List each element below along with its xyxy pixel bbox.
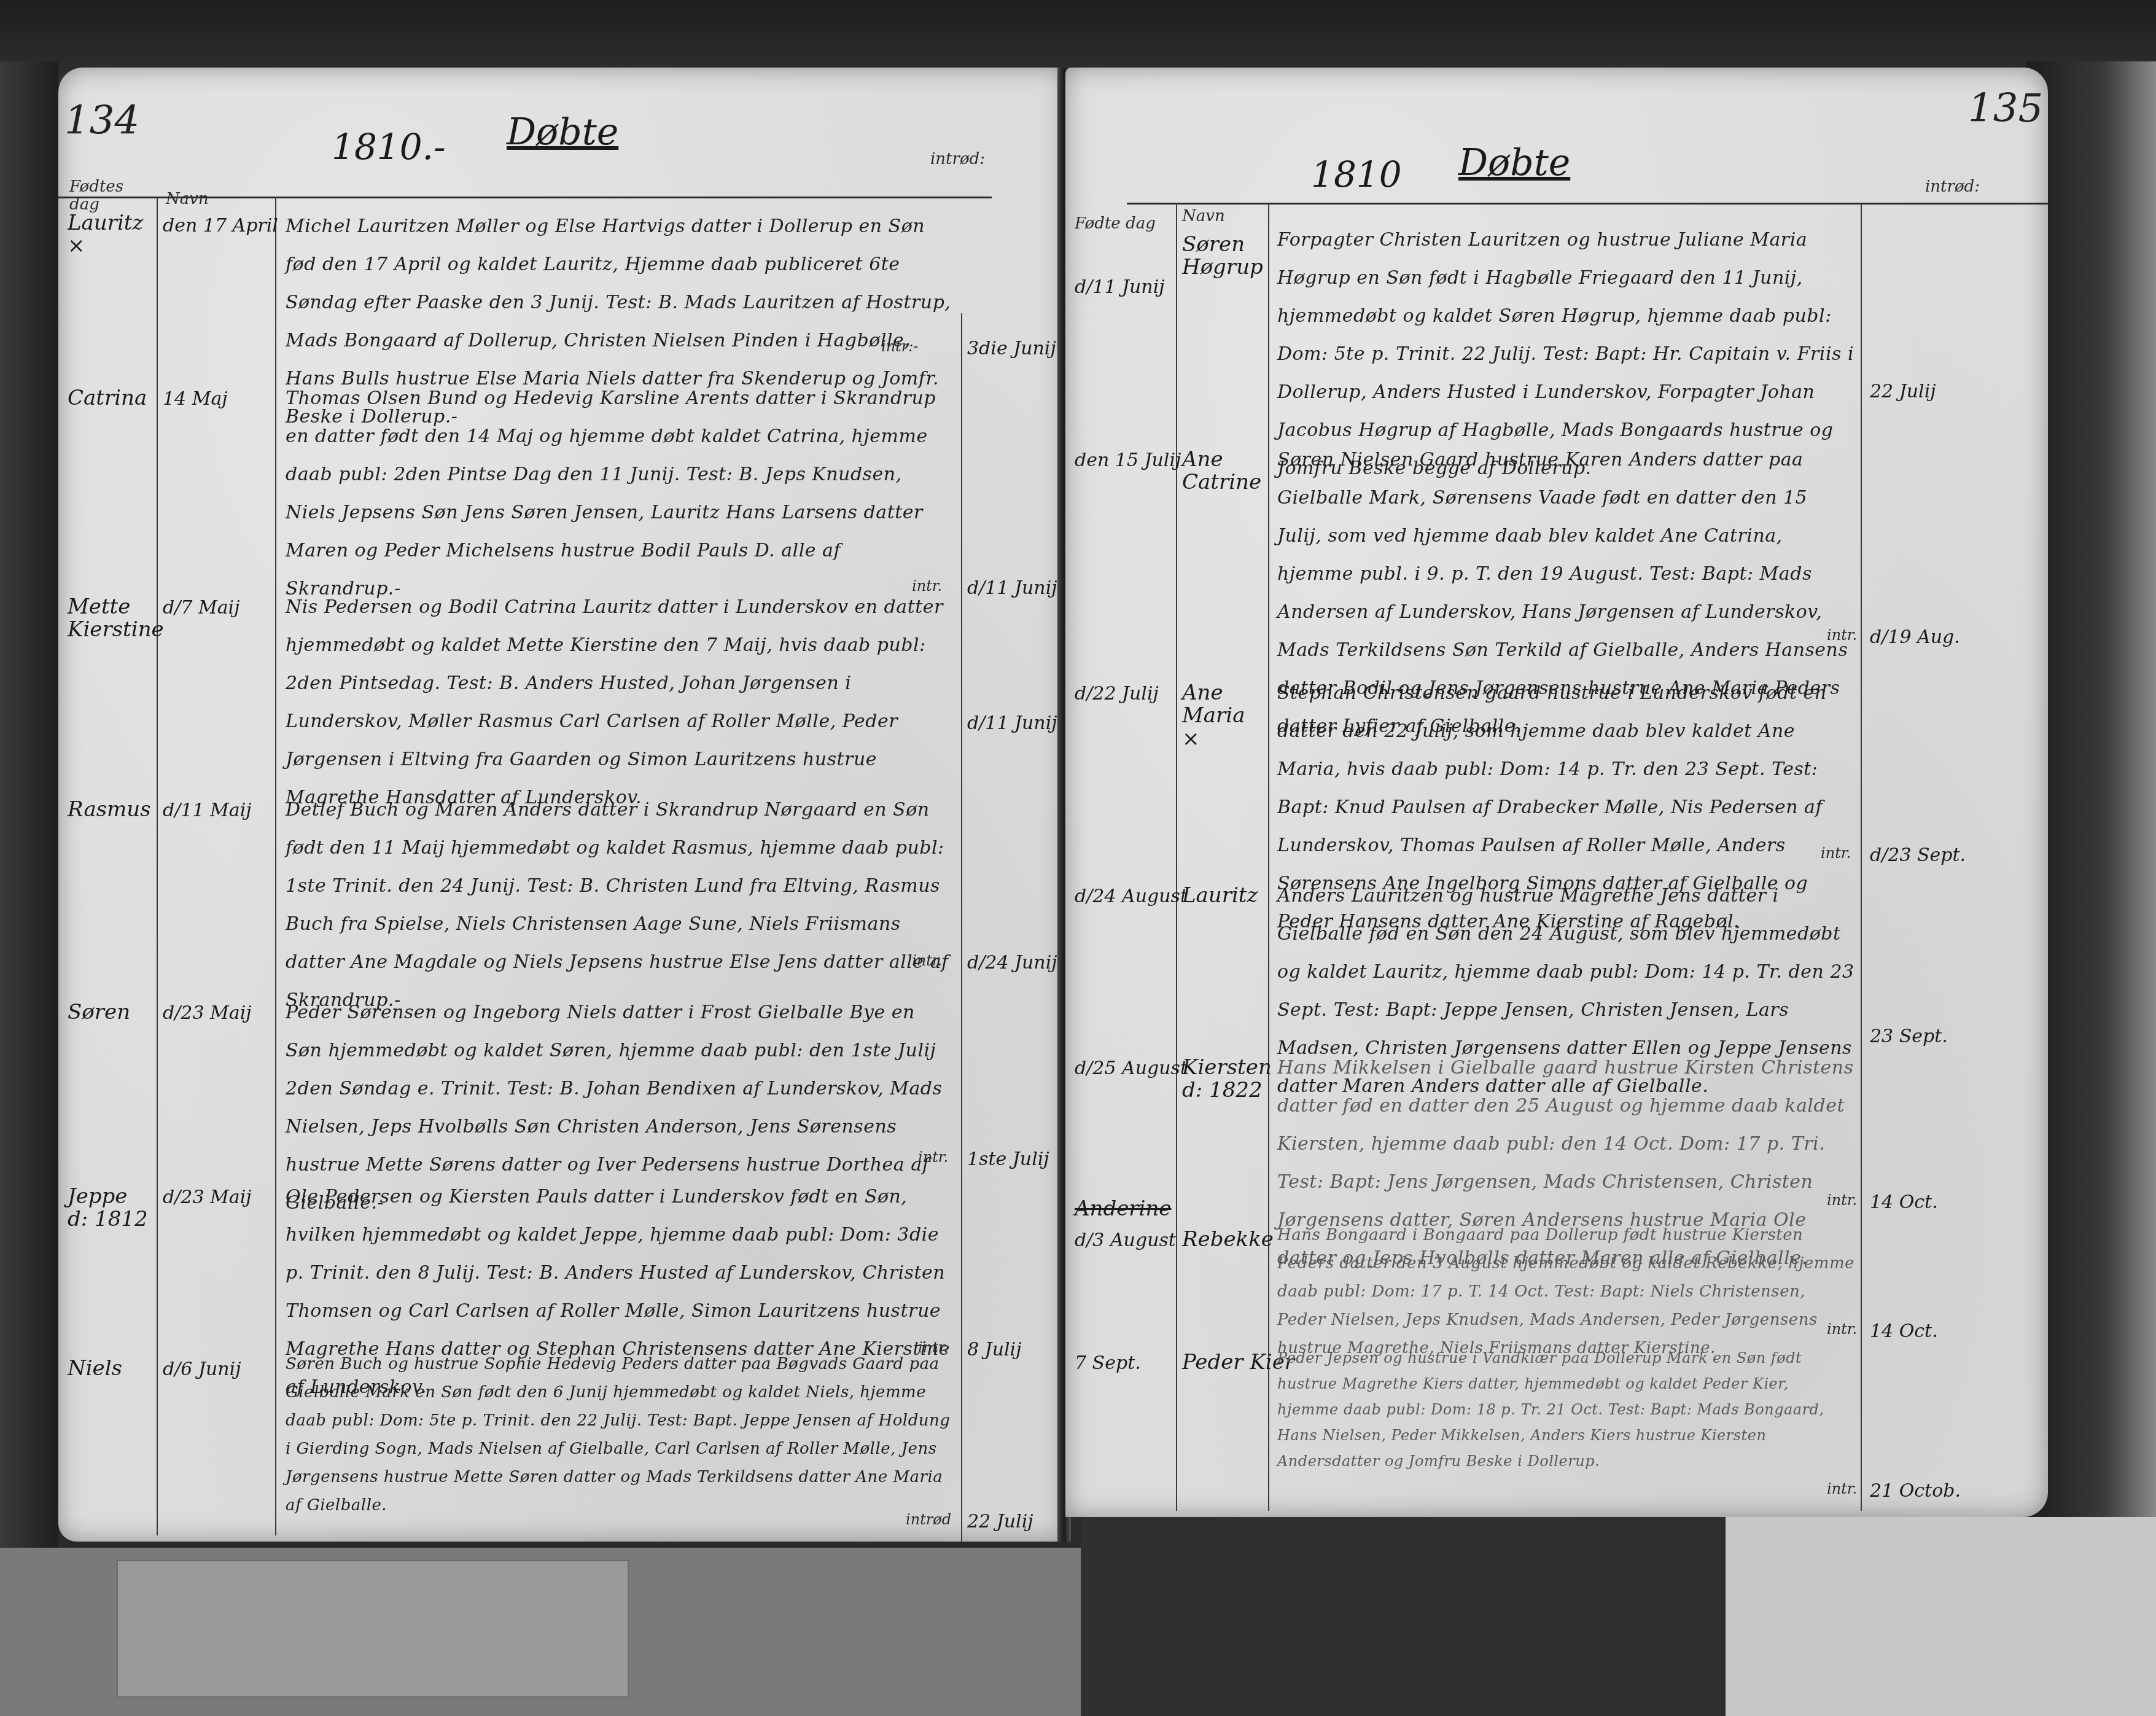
intro-date: 22 Julij (967, 1511, 1033, 1532)
page-year: 1810.- (332, 126, 446, 168)
child-name: Jeppe d: 1812 (68, 1185, 154, 1231)
birth-date: d/25 August (1075, 1058, 1188, 1079)
film-border-bottom-dark (1081, 1517, 1726, 1716)
film-label-area (117, 1560, 629, 1698)
birth-date: 7 Sept. (1075, 1352, 1141, 1374)
intro-mark: intr. (1827, 1480, 1857, 1497)
birth-date: d/11 Junij (1075, 276, 1165, 298)
birth-date: den 17 April (163, 215, 278, 236)
intro-date: 14 Oct. (1870, 1191, 1938, 1213)
child-name: Lauritz (1182, 884, 1258, 907)
page-number: 135 (1968, 86, 2043, 131)
entry-text: Thomas Olsen Bund og Hedevig Karsline Ar… (286, 380, 955, 608)
intro-mark: intr:- (881, 338, 918, 355)
birth-date: d/6 Junij (163, 1359, 241, 1380)
column-divider (157, 197, 158, 1535)
entry-text: Hans Bongaard i Bongaard paa Dollerup fø… (1277, 1221, 1854, 1362)
intro-mark: intrød (906, 1511, 951, 1528)
child-name: Mette Kierstine (68, 596, 154, 642)
intro-mark: intr. (918, 1149, 948, 1166)
intro-date: d/23 Sept. (1870, 844, 1966, 866)
entry-text: Nis Pedersen og Bodil Catrina Lauritz da… (286, 588, 955, 817)
header-rule (1127, 203, 2048, 205)
column-divider (275, 197, 276, 1535)
column-header-born: Fødtes dag (69, 178, 155, 213)
intro-mark: intr. (912, 952, 942, 969)
column-header-name: Navn (166, 190, 209, 208)
film-border-bottom-right (1726, 1517, 2156, 1716)
column-divider (961, 313, 962, 1542)
birth-date: d/24 August (1075, 886, 1188, 907)
intro-date: d/24 Junij (967, 952, 1057, 973)
entry-text: Søren Buch og hustrue Sophie Hedevig Ped… (286, 1350, 955, 1519)
child-name: Ane Catrine (1182, 448, 1265, 494)
intro-mark: intr. (1827, 1320, 1857, 1338)
intro-date: d/11 Junij (967, 712, 1057, 734)
film-border-left (0, 61, 58, 1566)
intro-date: 21 Octob. (1870, 1480, 1961, 1502)
intro-date: 22 Julij (1870, 381, 1936, 402)
birth-date: d/23 Maij (163, 1002, 252, 1024)
column-header-intro: intrød: (1925, 178, 1980, 196)
birth-date: 14 Maj (163, 388, 228, 410)
column-divider (1176, 203, 1177, 1511)
intro-mark: intr. (1821, 844, 1851, 862)
birth-date: d/3 August (1075, 1230, 1176, 1251)
birth-date: d/22 Julij (1075, 683, 1159, 704)
intro-mark: intr. (1827, 626, 1857, 644)
child-name: Kiersten d: 1822 (1182, 1056, 1265, 1102)
child-name: Niels (68, 1357, 122, 1380)
birth-date: d/23 Maij (163, 1187, 252, 1208)
intro-date: 23 Sept. (1870, 1026, 1948, 1047)
intro-date: d/19 Aug. (1870, 626, 1960, 648)
intro-date: 14 Oct. (1870, 1320, 1938, 1342)
child-name: Rasmus (68, 798, 151, 821)
child-name: Ane Maria × (1182, 682, 1265, 751)
column-header-name: Navn (1182, 208, 1225, 225)
intro-mark: intr. (1827, 1191, 1857, 1209)
child-name: Catrina (68, 387, 147, 410)
intro-date: 8 Julij (967, 1339, 1021, 1360)
intro-date: 1ste Julij (967, 1149, 1049, 1170)
left-page: 134 1810.- Døbte intrød: Fødtes dag Navn… (58, 68, 1065, 1542)
right-page: 135 1810 Døbte intrød: Fødte dag Navn Sø… (1065, 68, 2048, 1517)
column-divider (1268, 203, 1269, 1511)
child-name: Søren Høgrup (1182, 233, 1265, 279)
page-number: 134 (64, 98, 139, 144)
intro-date: 3die Junij (967, 338, 1056, 359)
intro-date: d/11 Junij (967, 577, 1057, 599)
birth-date: den 15 Julij (1075, 450, 1181, 471)
page-heading: Døbte (507, 111, 618, 154)
entry-text: Peder Jepsen og hustrue i Vandkiær paa D… (1277, 1345, 1854, 1474)
struck-child-name: Anderine (1075, 1198, 1171, 1220)
child-name: Søren (68, 1001, 130, 1024)
entry-text: Detlef Buch og Maren Anders datter i Skr… (286, 791, 955, 1020)
column-divider (1861, 203, 1862, 1511)
birth-date: d/11 Maij (163, 800, 252, 821)
page-year: 1810 (1311, 154, 1402, 195)
page-heading: Døbte (1458, 141, 1570, 184)
column-header-intro: intrød: (930, 150, 985, 168)
child-name: Rebekke (1182, 1228, 1274, 1251)
child-name: Lauritz × (68, 212, 154, 258)
column-header-born: Fødte dag (1075, 215, 1156, 233)
birth-date: d/7 Maij (163, 597, 239, 618)
